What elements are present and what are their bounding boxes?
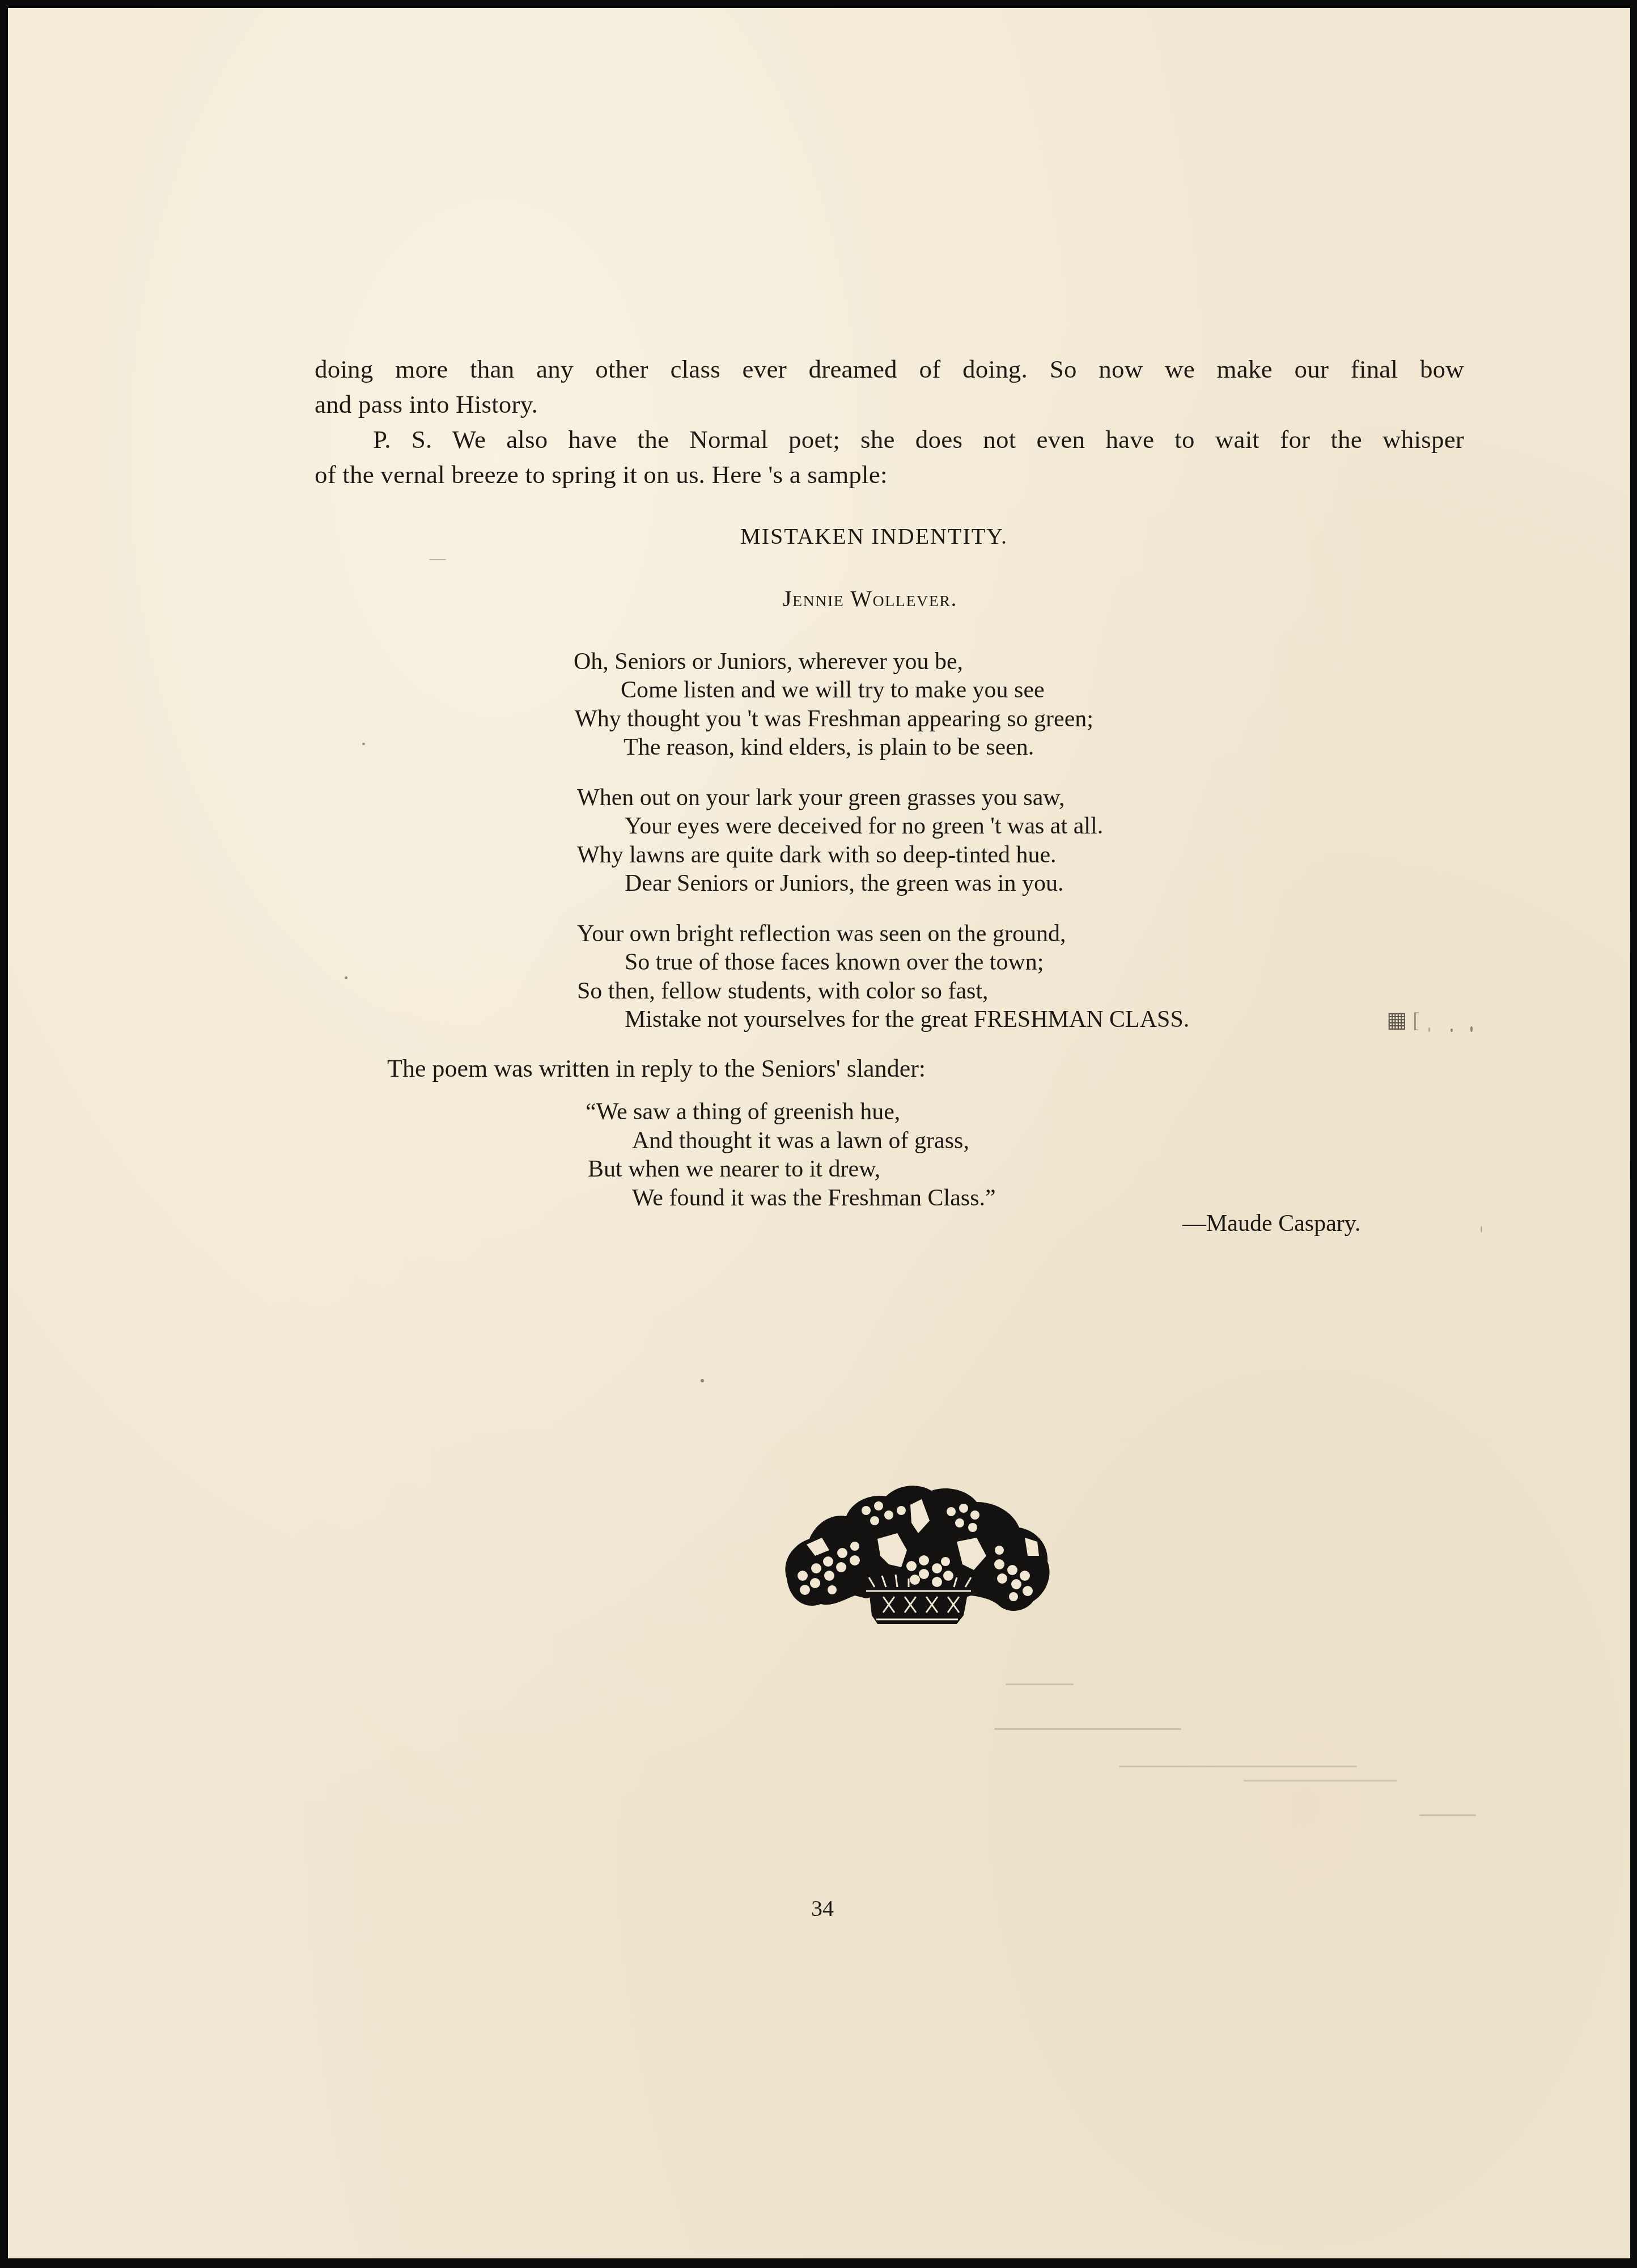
poem-line: When out on your lark your green grasses… — [577, 784, 1065, 812]
stray-ink-mark: ▦ — [1386, 1007, 1407, 1033]
poem-title: MISTAKEN INDENTITY. — [8, 523, 1630, 549]
ink-speck — [1470, 1026, 1473, 1032]
bleed-through-mark — [1006, 1683, 1074, 1685]
reply-verse-line: We found it was the Freshman Class.” — [632, 1184, 996, 1212]
ink-speck — [345, 976, 347, 979]
poem-line: Why lawns are quite dark with so deep-ti… — [577, 841, 1057, 869]
grape-basket-ornament-icon — [775, 1471, 1059, 1630]
ink-speck — [701, 1379, 704, 1382]
prose-line: and pass into History. — [315, 387, 1464, 422]
bleed-through-mark — [1244, 1780, 1397, 1782]
poem-line: Oh, Seniors or Juniors, wherever you be, — [574, 648, 963, 676]
prose-line: of the vernal breeze to spring it on us.… — [315, 457, 1464, 492]
ink-speck — [1428, 1027, 1430, 1032]
ink-speck — [362, 743, 365, 745]
book-page: doing more than any other class ever dre… — [8, 8, 1630, 2258]
poem-line: Come listen and we will try to make you … — [621, 676, 1045, 704]
poem-line: So then, fellow students, with color so … — [577, 977, 989, 1005]
poem-line: Dear Seniors or Juniors, the green was i… — [625, 869, 1064, 898]
poem-line: So true of those faces known over the to… — [625, 948, 1044, 976]
bleed-through-mark — [1119, 1766, 1357, 1767]
bleed-through-mark — [1419, 1814, 1476, 1816]
poem-line: The reason, kind elders, is plain to be … — [624, 733, 1034, 761]
poem-line: Mistake not yourselves for the great FRE… — [625, 1005, 1189, 1034]
poem-author: Jennie Wollever. — [8, 585, 1630, 612]
signature: —Maude Caspary. — [1182, 1210, 1361, 1237]
bleed-through-mark — [429, 559, 446, 560]
poem-line: Your eyes were deceived for no green 't … — [625, 812, 1103, 840]
prose-line: doing more than any other class ever dre… — [315, 352, 1464, 387]
stray-ink-mark: [ — [1413, 1008, 1420, 1033]
page-number: 34 — [8, 1895, 1630, 1922]
poem-line: Why thought you 't was Freshman appearin… — [575, 705, 1093, 733]
reply-intro: The poem was written in reply to the Sen… — [387, 1055, 926, 1083]
ink-speck — [1451, 1029, 1453, 1032]
bleed-through-mark — [994, 1728, 1181, 1730]
reply-verse-line: And thought it was a lawn of grass, — [632, 1127, 969, 1155]
prose-line-ps: P. S. We also have the Normal poet; she … — [373, 422, 1464, 457]
reply-verse-line: “We saw a thing of greenish hue, — [586, 1098, 900, 1126]
ink-speck — [1481, 1226, 1482, 1233]
reply-verse-line: But when we nearer to it drew, — [588, 1155, 880, 1183]
poem-line: Your own bright reflection was seen on t… — [577, 920, 1066, 948]
